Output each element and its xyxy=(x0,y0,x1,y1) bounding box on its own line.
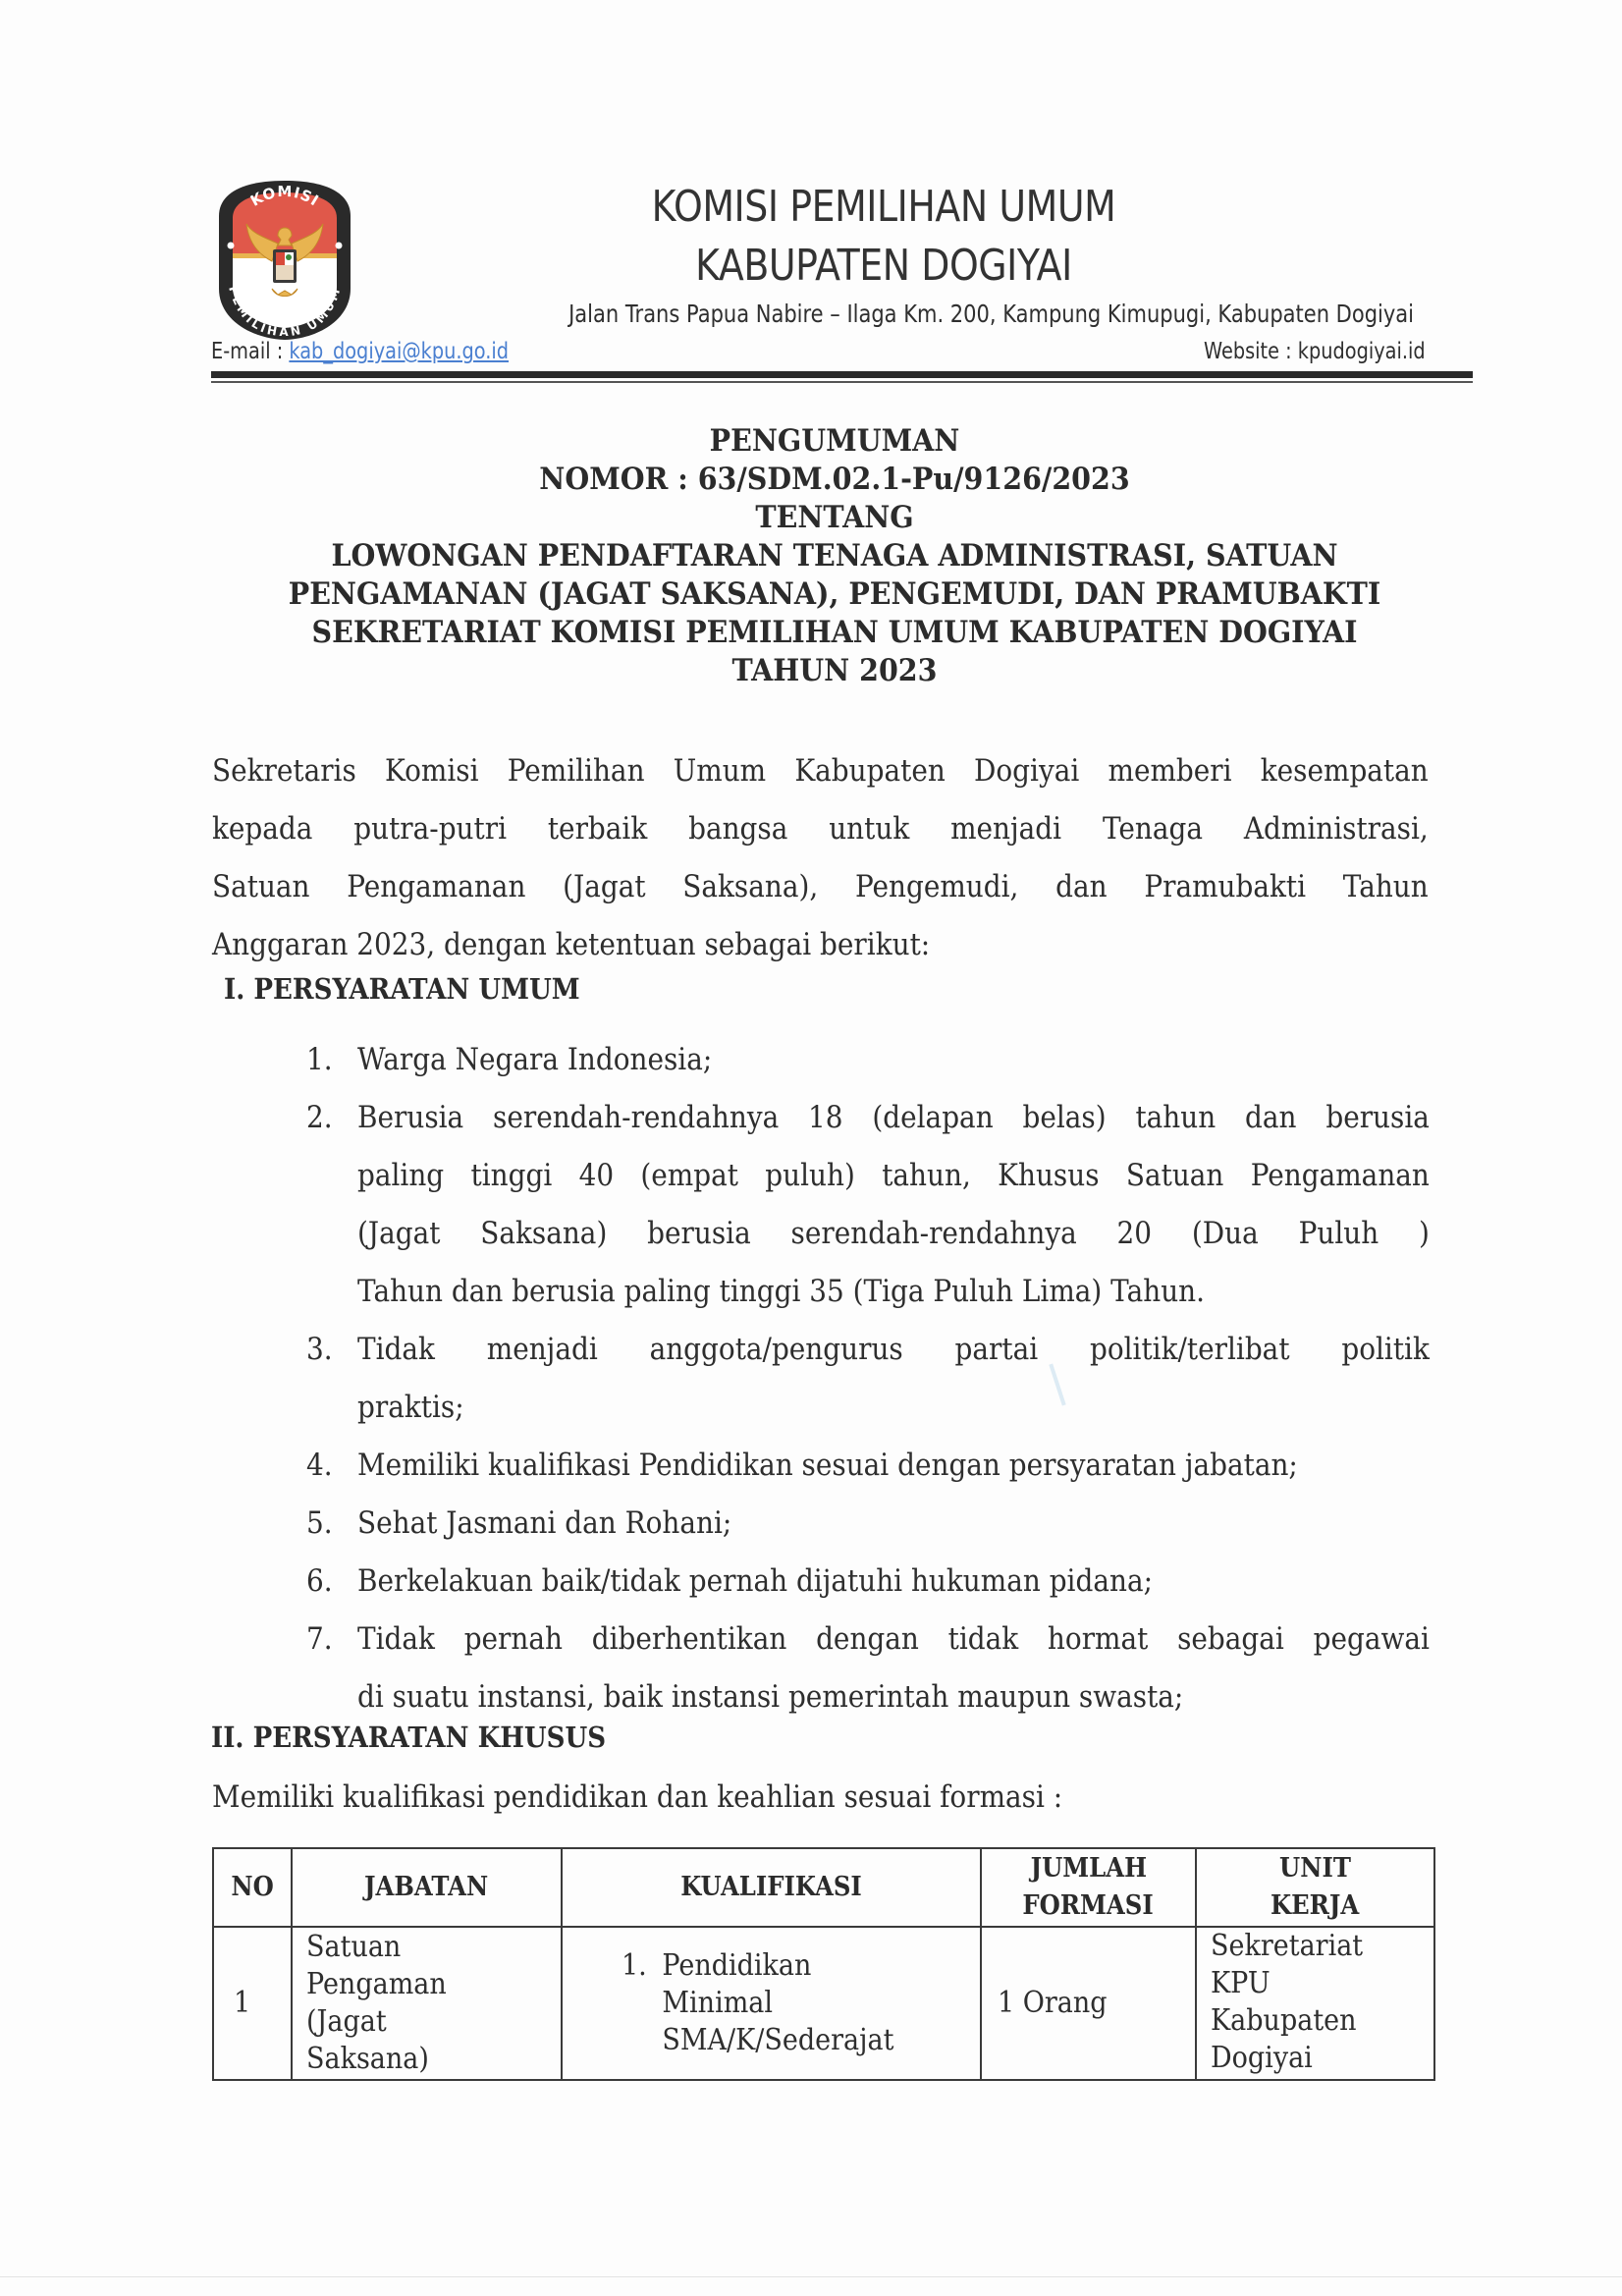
list-text: paling tinggi 40 (empat puluh) tahun, Kh… xyxy=(357,1147,1430,1205)
cell-formation-count: 1 Orang xyxy=(981,1927,1196,2080)
cell-qualification: 1. Pendidikan Minimal SMA/K/Sederajat xyxy=(562,1927,982,2080)
cell-no: 1 xyxy=(213,1927,292,2080)
title-subject-line: LOWONGAN PENDAFTARAN TENAGA ADMINISTRASI… xyxy=(247,537,1422,575)
website-label: Website : xyxy=(1204,339,1298,364)
email-contact: E-mail : kab_dogiyai@kpu.go.id xyxy=(211,339,509,364)
table-header-row: NO JABATAN KUALIFIKASI JUMLAH FORMASI UN… xyxy=(213,1848,1434,1927)
list-text: Tidak pernah diberhentikan dengan tidak … xyxy=(357,1611,1430,1668)
list-text: Tahun dan berusia paling tinggi 35 (Tiga… xyxy=(357,1263,1430,1321)
intro-paragraph: Sekretaris Komisi Pemilihan Umum Kabupat… xyxy=(212,742,1430,974)
kpu-garuda-emblem-icon: KOMISI PEMILIHAN UMUM xyxy=(211,179,358,341)
list-text: Berkelakuan baik/tidak pernah dijatuhi h… xyxy=(357,1553,1430,1611)
intro-line: Anggaran 2023, dengan ketentuan sebagai … xyxy=(212,916,1429,974)
header-position: JABATAN xyxy=(292,1848,562,1927)
email-label: E-mail : xyxy=(211,339,289,364)
intro-line: kepada putra-putri terbaik bangsa untuk … xyxy=(212,800,1429,858)
list-item: 5. Sehat Jasmani dan Rohani; xyxy=(306,1495,1431,1553)
document-page: KOMISI PEMILIHAN UMUM KOMISI PEMILIHAN U… xyxy=(0,0,1622,2296)
list-number: 3. xyxy=(306,1321,333,1379)
title-year: TAHUN 2023 xyxy=(247,652,1422,690)
list-number: 6. xyxy=(306,1553,333,1611)
organization-address: Jalan Trans Papua Nabire – Ilaga Km. 200… xyxy=(565,300,1414,328)
list-number: 5. xyxy=(306,1495,333,1553)
list-number: 2. xyxy=(306,1089,333,1147)
intro-line: Sekretaris Komisi Pemilihan Umum Kabupat… xyxy=(212,742,1429,800)
title-subject-line: PENGAMANAN (JAGAT SAKSANA), PENGEMUDI, D… xyxy=(247,575,1422,614)
letterhead-divider-thin xyxy=(211,381,1473,383)
title-about: TENTANG xyxy=(247,499,1422,537)
list-text: (Jagat Saksana) berusia serendah-rendahn… xyxy=(357,1205,1430,1263)
table-row: 1 Satuan Pengaman (Jagat Saksana) 1. Pen… xyxy=(213,1927,1434,2080)
position-requirements-table: NO JABATAN KUALIFIKASI JUMLAH FORMASI UN… xyxy=(212,1847,1435,2081)
list-item: 3. Tidak menjadi anggota/pengurus partai… xyxy=(306,1321,1431,1437)
list-text: Tidak menjadi anggota/pengurus partai po… xyxy=(357,1321,1430,1379)
list-text: Sehat Jasmani dan Rohani; xyxy=(357,1495,1430,1553)
list-number: 4. xyxy=(306,1437,333,1495)
organization-name: KOMISI PEMILIHAN UMUM xyxy=(461,182,1306,232)
header-formation-count: JUMLAH FORMASI xyxy=(981,1848,1196,1927)
header-no: NO xyxy=(213,1848,292,1927)
list-number: 1. xyxy=(306,1031,333,1089)
list-item: 1. Warga Negara Indonesia; xyxy=(306,1031,1431,1089)
list-item: 2. Berusia serendah-rendahnya 18 (delapa… xyxy=(306,1089,1431,1321)
list-number: 7. xyxy=(306,1611,333,1668)
cell-work-unit: Sekretariat KPU Kabupaten Dogiyai xyxy=(1196,1927,1434,2080)
intro-line: Satuan Pengamanan (Jagat Saksana), Penge… xyxy=(212,858,1429,916)
email-link[interactable]: kab_dogiyai@kpu.go.id xyxy=(289,339,509,364)
title-announcement: PENGUMUMAN xyxy=(247,422,1422,461)
general-requirements-list: 1. Warga Negara Indonesia; 2. Berusia se… xyxy=(306,1031,1431,1726)
announcement-title: PENGUMUMAN NOMOR : 63/SDM.02.1-Pu/9126/2… xyxy=(196,422,1473,690)
list-item: 6. Berkelakuan baik/tidak pernah dijatuh… xyxy=(306,1553,1431,1611)
cell-position: Satuan Pengaman (Jagat Saksana) xyxy=(292,1927,562,2080)
website-value: kpudogiyai.id xyxy=(1298,339,1426,364)
title-number: NOMOR : 63/SDM.02.1-Pu/9126/2023 xyxy=(247,461,1422,499)
list-item: 4. Memiliki kualifikasi Pendidikan sesua… xyxy=(306,1437,1431,1495)
specific-requirements-intro: Memiliki kualifikasi pendidikan dan keah… xyxy=(212,1779,1062,1815)
page-edge xyxy=(0,2276,1622,2277)
list-text: di suatu instansi, baik instansi pemerin… xyxy=(357,1668,1430,1726)
section-general-requirements-heading: I. PERSYARATAN UMUM xyxy=(224,972,580,1006)
list-item: 7. Tidak pernah diberhentikan dengan tid… xyxy=(306,1611,1431,1726)
title-subject-line: SEKRETARIAT KOMISI PEMILIHAN UMUM KABUPA… xyxy=(247,614,1422,652)
letterhead-divider-thick xyxy=(211,371,1473,378)
list-text: Berusia serendah-rendahnya 18 (delapan b… xyxy=(357,1089,1430,1147)
list-text: Warga Negara Indonesia; xyxy=(357,1031,1430,1089)
header-qualification: KUALIFIKASI xyxy=(562,1848,982,1927)
list-text: praktis; xyxy=(357,1379,1430,1437)
header-work-unit: UNIT KERJA xyxy=(1196,1848,1434,1927)
list-text: Memiliki kualifikasi Pendidikan sesuai d… xyxy=(357,1437,1430,1495)
organization-region: KABUPATEN DOGIYAI xyxy=(461,241,1306,291)
section-specific-requirements-heading: II. PERSYARATAN KHUSUS xyxy=(211,1721,606,1754)
website-contact: Website : kpudogiyai.id xyxy=(1204,339,1426,364)
